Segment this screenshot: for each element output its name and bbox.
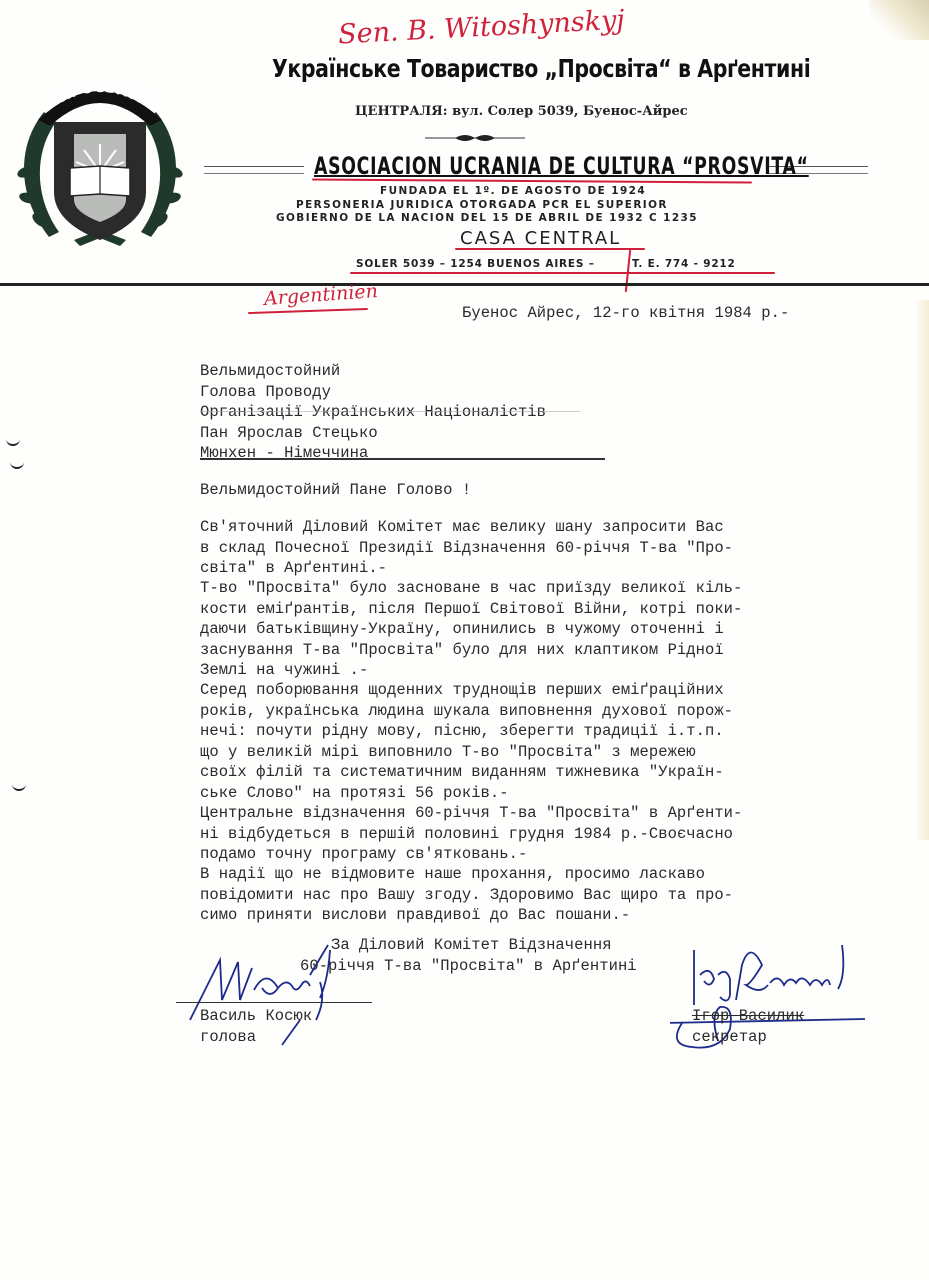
signatory-role: голова	[200, 1027, 256, 1048]
paragraph-line: ське Слово" на протязі 56 років.-	[200, 783, 840, 804]
paper-corner-fold	[869, 0, 929, 40]
red-underline-casa	[455, 248, 645, 250]
letterhead-rule	[0, 283, 929, 286]
paragraph-3: Серед поборювання щоденних труднощів пер…	[200, 680, 840, 803]
paragraph-1: Св'яточний Діловий Комітет має велику ша…	[200, 517, 840, 579]
personeria-line: PERSONERIA JURIDICA OTORGADA PCR EL SUPE…	[296, 198, 668, 211]
paragraph-5: В надії що не відмовите наше прохання, п…	[200, 864, 840, 926]
date-line: Буенос Айрес, 12-го квітня 1984 р.-	[462, 303, 789, 324]
faint-strikeline	[200, 411, 580, 412]
recipient-line: Голова Проводу	[200, 382, 546, 403]
signature-line-left	[176, 1002, 372, 1003]
svg-text:"ПРОСВІТА": "ПРОСВІТА"	[47, 78, 152, 110]
paragraph-line: ні відбудеться в першій половині грудня …	[200, 824, 840, 845]
organization-title-ua: Українське Товариство „Просвіта“ в Арґен…	[272, 54, 810, 83]
recipient-line: Пан Ярослав Стецько	[200, 423, 546, 444]
casa-central-heading: CASA CENTRAL	[460, 228, 621, 249]
salutation: Вельмидостойний Пане Голово !	[200, 480, 471, 501]
paragraph-line: Т-во "Просвіта" було засноване в час при…	[200, 578, 840, 599]
paragraph-line: своїх філій та систематичним виданням ти…	[200, 762, 840, 783]
central-address-ua: ЦЕНТРАЛЯ: вул. Солер 5039, Буенос-Айрес	[355, 104, 688, 119]
handwritten-note-top: Sen. B. Witoshynskyj	[337, 5, 625, 51]
divider-left	[204, 166, 304, 174]
paragraph-4: Центральне відзначення 60-річчя Т-ва "Пр…	[200, 803, 840, 865]
paragraph-line: в склад Почесної Президії Відзначення 60…	[200, 538, 840, 559]
ornament-divider	[425, 132, 525, 144]
paper-edge-stain	[915, 300, 929, 840]
punch-hole-mark	[12, 783, 26, 791]
recipient-rule	[200, 458, 605, 460]
punch-hole-mark	[10, 461, 24, 469]
paragraph-line: Землі на чужині .-	[200, 660, 840, 681]
punch-hole-mark	[6, 438, 20, 446]
signatory-role: секретар	[692, 1027, 767, 1048]
paragraph-line: кости еміґрантів, після Першої Світової …	[200, 599, 840, 620]
signatory-name: Ігор Василик	[692, 1006, 804, 1027]
street-address: SOLER 5039 – 1254 BUENOS AIRES –	[356, 258, 595, 270]
paragraph-line: Св'яточний Діловий Комітет має велику ша…	[200, 517, 840, 538]
paragraph-line: Серед поборювання щоденних труднощів пер…	[200, 680, 840, 701]
paragraph-line: світа" в Арґентині.-	[200, 558, 840, 579]
paragraph-line: В надії що не відмовите наше прохання, п…	[200, 864, 840, 885]
paragraph-line: симо приняти вислови правдивої до Вас по…	[200, 905, 840, 926]
recipient-line: Вельмидостойний	[200, 361, 546, 382]
gobierno-line: GOBIERNO DE LA NACION DEL 15 DE ABRIL DE…	[276, 211, 698, 224]
paragraph-line: років, українська людина шукала виповнен…	[200, 701, 840, 722]
paragraph-2: Т-во "Просвіта" було засноване в час при…	[200, 578, 840, 681]
recipient-line: Організації Українських Націоналістів	[200, 402, 546, 423]
paragraph-line: заснування Т-ва "Просвіта" було для них …	[200, 640, 840, 661]
paragraph-line: подамо точну програму св'ятковань.-	[200, 844, 840, 865]
recipient-block: Вельмидостойний Голова Проводу Організац…	[200, 361, 546, 464]
paragraph-line: що у великій мірі виповнило Т-во "Просві…	[200, 742, 840, 763]
prosvita-logo: "ПРОСВІТА"	[14, 72, 186, 252]
signatory-name: Василь Косюк	[200, 1006, 312, 1027]
red-underline-address	[350, 272, 775, 274]
paragraph-line: нечі: почути рідну мову, пісню, зберегти…	[200, 721, 840, 742]
paragraph-line: повідомити нас про Вашу згоду. Здоровимо…	[200, 885, 840, 906]
founded-line: FUNDADA EL 1º. DE AGOSTO DE 1924	[380, 184, 646, 197]
organization-title-es: ASOCIACION UCRANIA DE CULTURA “PROSVITA“	[314, 152, 809, 180]
recipient-line: Мюнхен - Німеччина	[200, 443, 546, 464]
paragraph-line: даючи батьківщину-Україну, опинились в ч…	[200, 619, 840, 640]
phone-number: T. E. 774 - 9212	[632, 258, 736, 270]
paragraph-line: Центральне відзначення 60-річчя Т-ва "Пр…	[200, 803, 840, 824]
